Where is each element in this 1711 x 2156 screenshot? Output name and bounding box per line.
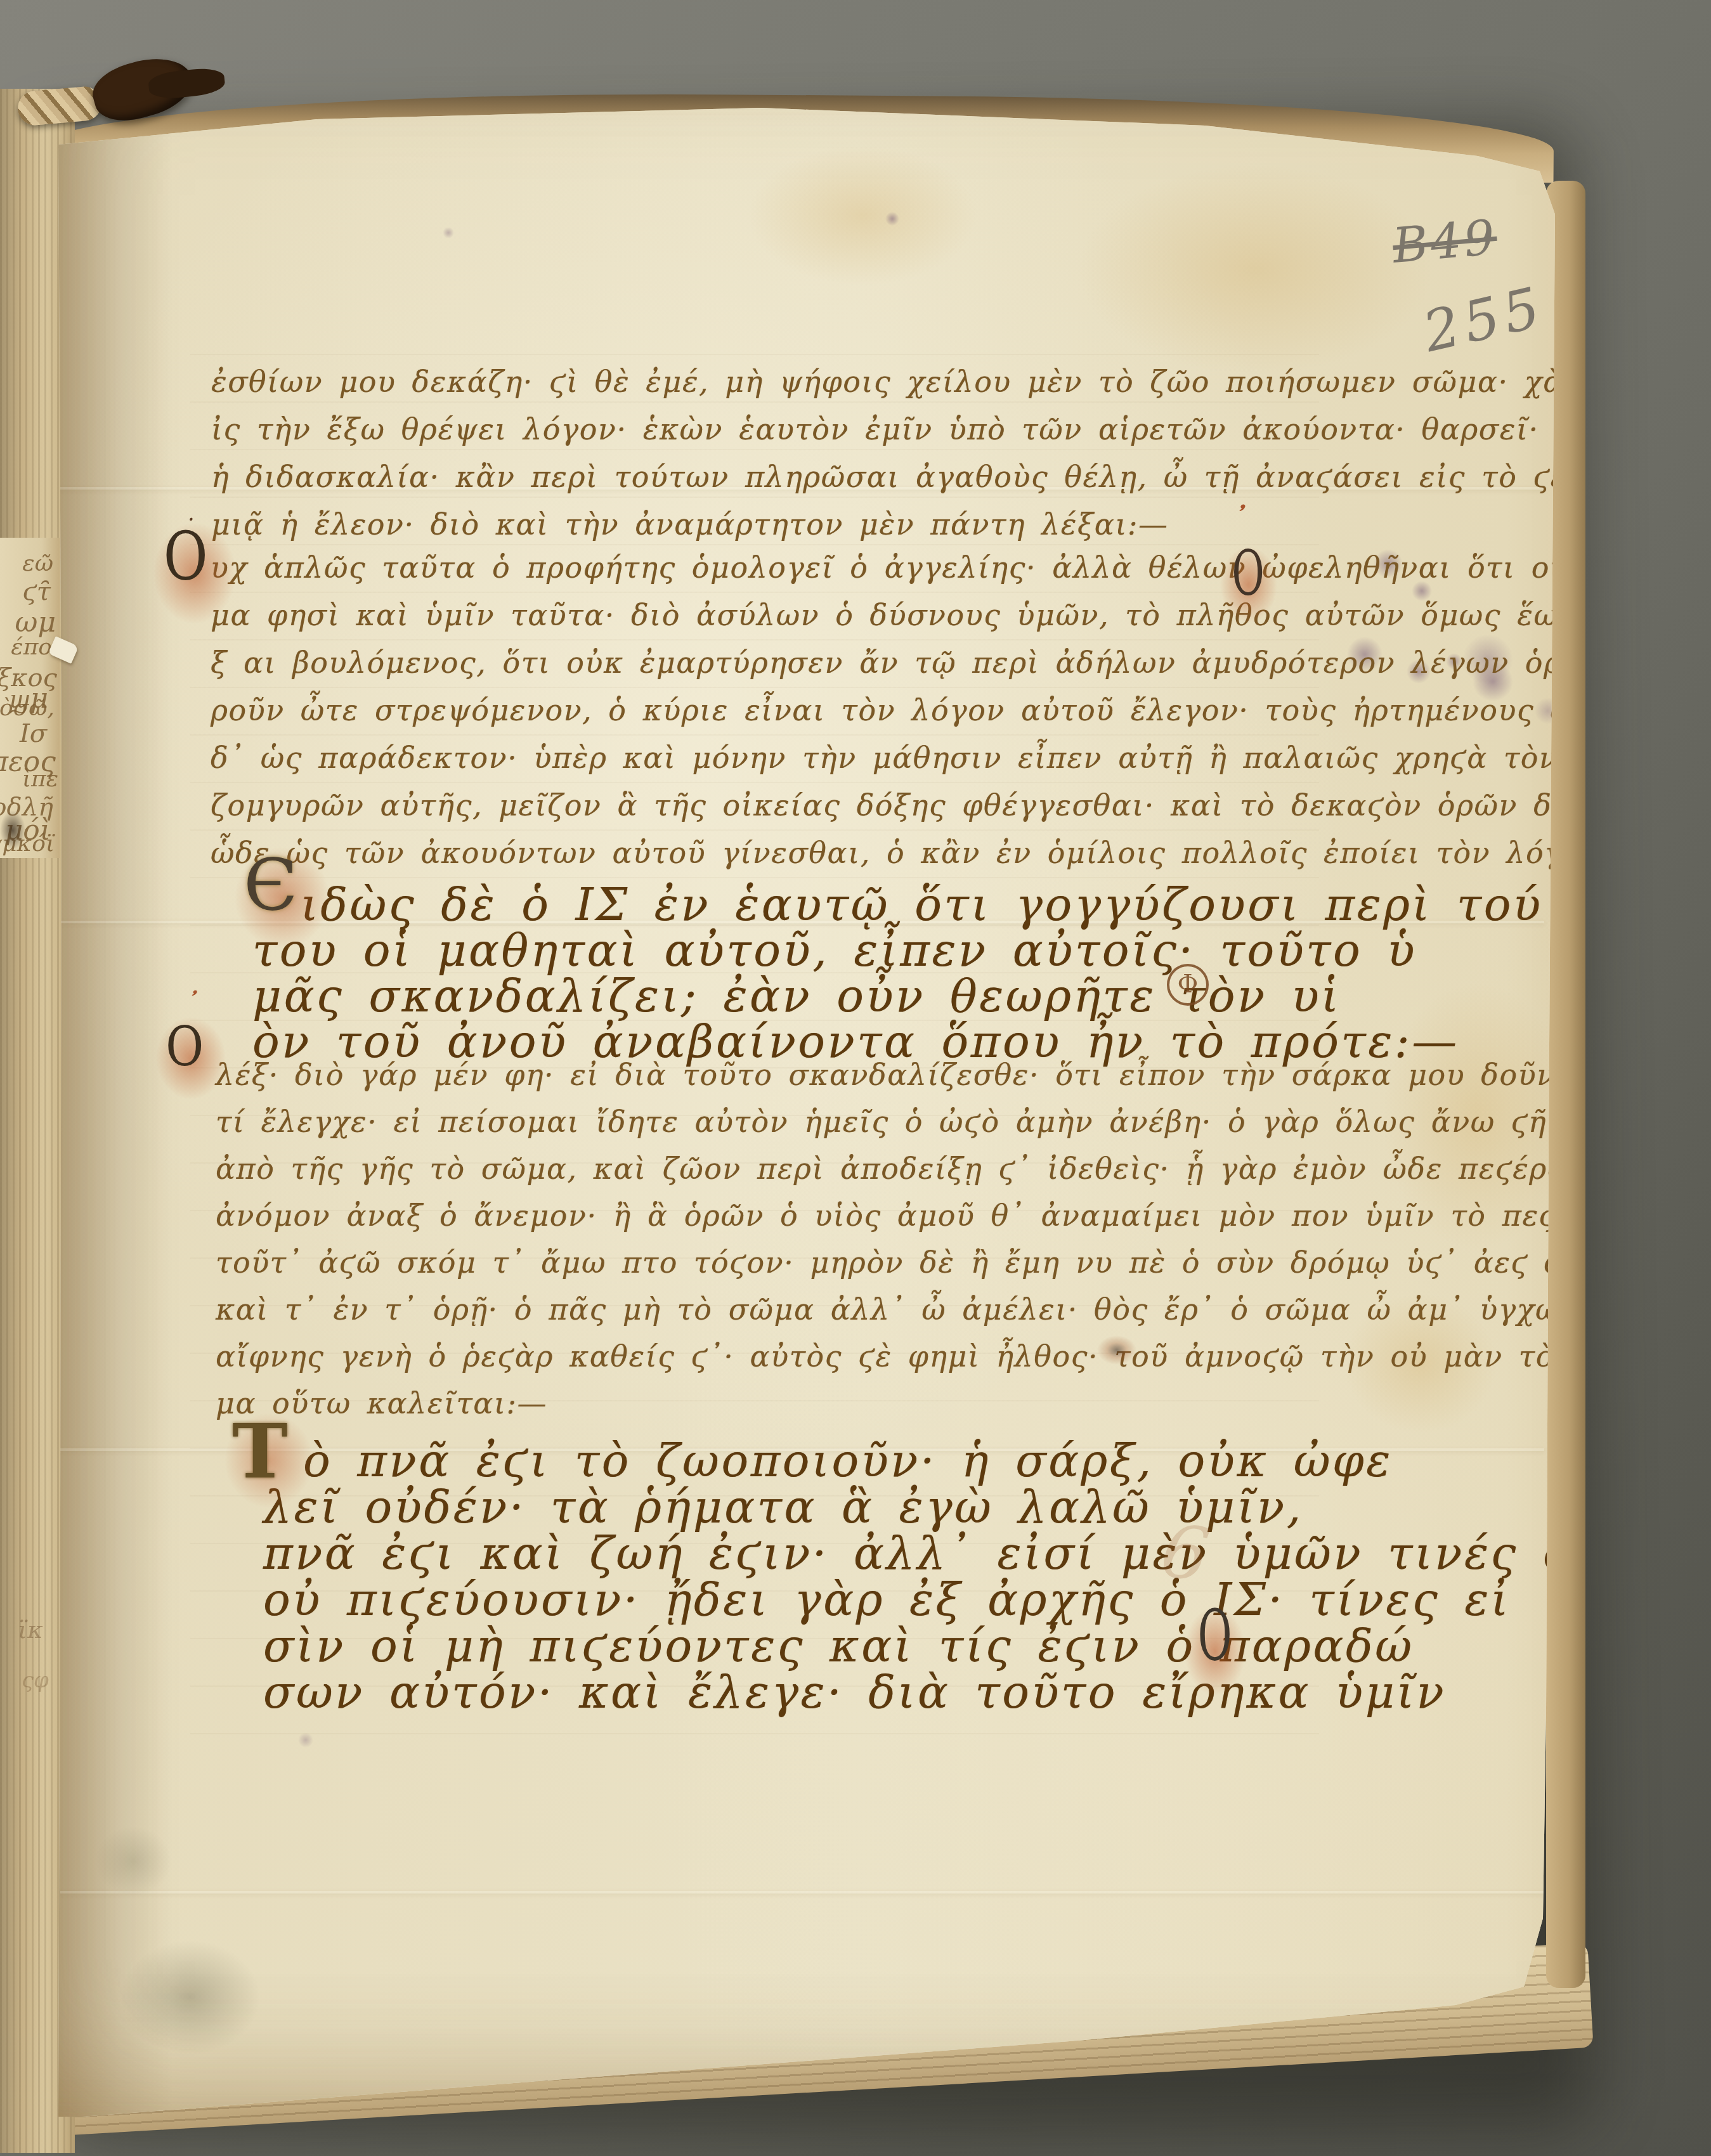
foliation-crossed-out: Β49 (1390, 209, 1499, 274)
text-line-d2: τί ἔλεγχε· εἰ πείσομαι ἴδητε αὐτὸν ἡμεῖς… (216, 1105, 1650, 1139)
facing-page-fragment: ὸσῶ, (0, 695, 55, 721)
text-line-e3: πνᾶ ἐϛι καὶ ζωή ἐϛιν· ἀλλ᾽ εἰσί μὲν ὑμῶν… (263, 1527, 1609, 1580)
text-line-d6: καὶ τ᾽ ἐν τ᾽ ὁρῇ· ὁ πᾶς μὴ τὸ σῶμα ἀλλ᾽ … (216, 1292, 1644, 1327)
text-line-d3: ἀπὸ τῆς γῆς τὸ σῶμα, καὶ ζῶον περὶ ἀποδε… (216, 1152, 1711, 1186)
initial-omicron-paragraph4: Ο (162, 1020, 207, 1074)
initial-epsilon-gospel1: Є (244, 850, 298, 921)
text-line-a3: ἡ διδασκαλία· κἂν περὶ τούτων πληρῶσαι ἀ… (211, 460, 1711, 494)
warm-stain (1382, 983, 1573, 1249)
mold-stain (1407, 659, 1431, 684)
ink-smudge (1097, 1335, 1136, 1365)
text-line-e2: λεῖ οὐδέν· τὰ ῥήματα ἃ ἐγὼ λαλῶ ὑμῖν, (263, 1481, 1303, 1533)
gutter-lower-mark: ςφ (22, 1668, 1708, 1693)
facing-page-fragment: ϛτ̑ (22, 577, 51, 606)
warm-stain (748, 146, 977, 285)
grime-stain (95, 1826, 171, 1896)
text-line-a1: ἐσθίων μου δεκάζη· ϛὶ θὲ ἐμέ, μὴ ψήφοις … (211, 365, 1711, 399)
mold-stain (443, 227, 454, 238)
endband-braid (16, 85, 103, 126)
gutter-shadow (58, 127, 172, 2118)
parchment-crease (60, 1891, 1544, 1893)
ruling-lines (190, 354, 1319, 1736)
text-line-e1: ὸ πνᾶ ἐϛι τὸ ζωοποιοῦν· ἡ σάρξ, οὐκ ὠφε (303, 1434, 1393, 1487)
gutter-ink-blot (0, 810, 25, 850)
mold-stain (1347, 637, 1382, 672)
text-line-d5: τοῦτ᾽ ἀϛῶ σκόμ τ᾽ ἄμω πτο τόϛον· μηρὸν δ… (216, 1245, 1655, 1280)
parchment-crease (60, 487, 1544, 490)
gutter-lower-mark: ϊκ (18, 1616, 1708, 1644)
parchment-crease (60, 1448, 1544, 1451)
mold-stain (885, 212, 899, 226)
text-line-b6: ζομγυρῶν αὐτῆς, μεῖζον ἃ τῆς οἰκείας δόξ… (211, 788, 1711, 822)
text-line-b3: ξ αι βουλόμενος, ὅτι οὐκ ἐμαρτύρησεν ἄν … (211, 646, 1711, 680)
facing-page-fragment: Ισ (20, 719, 47, 748)
warm-stain (1078, 165, 1433, 374)
text-line-d1: λέξ· διὸ γάρ μέν φη· εἰ διὰ τοῦτο σκανδα… (216, 1058, 1711, 1092)
text-line-d4: ἀνόμον ἀναξ ὁ ἄνεμον· ἢ ἃ ὁρῶν ὁ υἱὸς ἀμ… (216, 1198, 1711, 1233)
parchment-crease (60, 921, 1544, 923)
mold-stain (1473, 662, 1513, 701)
mold-stain (1446, 653, 1462, 670)
facing-page-fragment: εῶ (22, 550, 53, 576)
rubric-comma-mark: ᾽ (178, 985, 202, 1020)
text-line-b2: μα φησὶ καὶ ὑμῖν ταῦτα· διὸ ἀσύλων ὁ δύσ… (211, 598, 1711, 632)
text-line-d8: μα οὕτω καλεῖται:— (216, 1386, 547, 1420)
initial-tau-gospel2: Τ (232, 1414, 288, 1489)
initial-dot-mark: · (188, 507, 195, 533)
text-line-a2: ἰς τὴν ἔξω θρέψει λόγον· ἑκὼν ἑαυτὸν ἐμῖ… (211, 412, 1711, 446)
mold-stain (1374, 549, 1403, 578)
text-line-b7: ὧδε ὡς τῶν ἀκουόντων αὐτοῦ γίνεσθαι, ὁ κ… (211, 836, 1640, 870)
text-line-c3: μᾶς σκανδαλίζει; ἐὰν οὖν θεωρῆτε τὸν υἱ (252, 970, 1341, 1022)
grime-stain (120, 1940, 260, 2055)
phi-reference-mark: Φ (1167, 964, 1209, 1006)
mold-stain (1412, 581, 1432, 601)
mold-stain (1462, 634, 1513, 685)
mold-stain (298, 1732, 313, 1748)
facing-page-fragment: ὶπε (22, 766, 58, 792)
initial-omicron-paragraph2: Ο (159, 524, 212, 590)
text-line-a4: μιᾷ ἡ ἔλεον· διὸ καὶ τὴν ἀναμάρτητον μὲν… (211, 507, 1168, 542)
warm-stain (1344, 1294, 1497, 1433)
text-line-b1: υχ ἁπλῶς ταῦτα ὁ προφήτης ὁμολογεῖ ὁ ἀγγ… (211, 550, 1711, 585)
text-line-b4: ροῦν ὦτε στρεψόμενον, ὁ κύριε εἶναι τὸν … (211, 693, 1700, 727)
manuscript-page: ἐσθίων μου δεκάζη· ϛὶ θὲ ἐμέ, μὴ ψήφοις … (0, 0, 1711, 2156)
foliation-number: 255 (1417, 274, 1551, 365)
text-line-c1: ιδὼς δὲ ὁ ΙΣ ἐν ἑαυτῷ ὅτι γογγύζουσι περ… (301, 878, 1543, 931)
text-line-b5: δ᾽ ὡς παράδεκτον· ὑπὲρ καὶ μόνην τὴν μάθ… (211, 741, 1711, 775)
text-line-c4: ὸν τοῦ ἀνοῦ ἀναβαίνοντα ὅπου ἦν τὸ πρότε… (252, 1015, 1459, 1068)
text-line-c2: του οἱ μαθηταὶ αὐτοῦ, εἶπεν αὐτοῖς· τοῦτ… (252, 924, 1417, 977)
margin-comma-mark: ᾽ (1225, 500, 1250, 541)
text-line-d7: αἴφνης γενὴ ὁ ῥεϛὰρ καθείς ϛ᾽· αὐτὸς ϛὲ … (216, 1339, 1616, 1373)
facing-page-fragment: έπο (11, 634, 52, 660)
margin-omicron-mark: Ο (1228, 549, 1268, 599)
showthrough-mark: 6 (1155, 1507, 1215, 1599)
